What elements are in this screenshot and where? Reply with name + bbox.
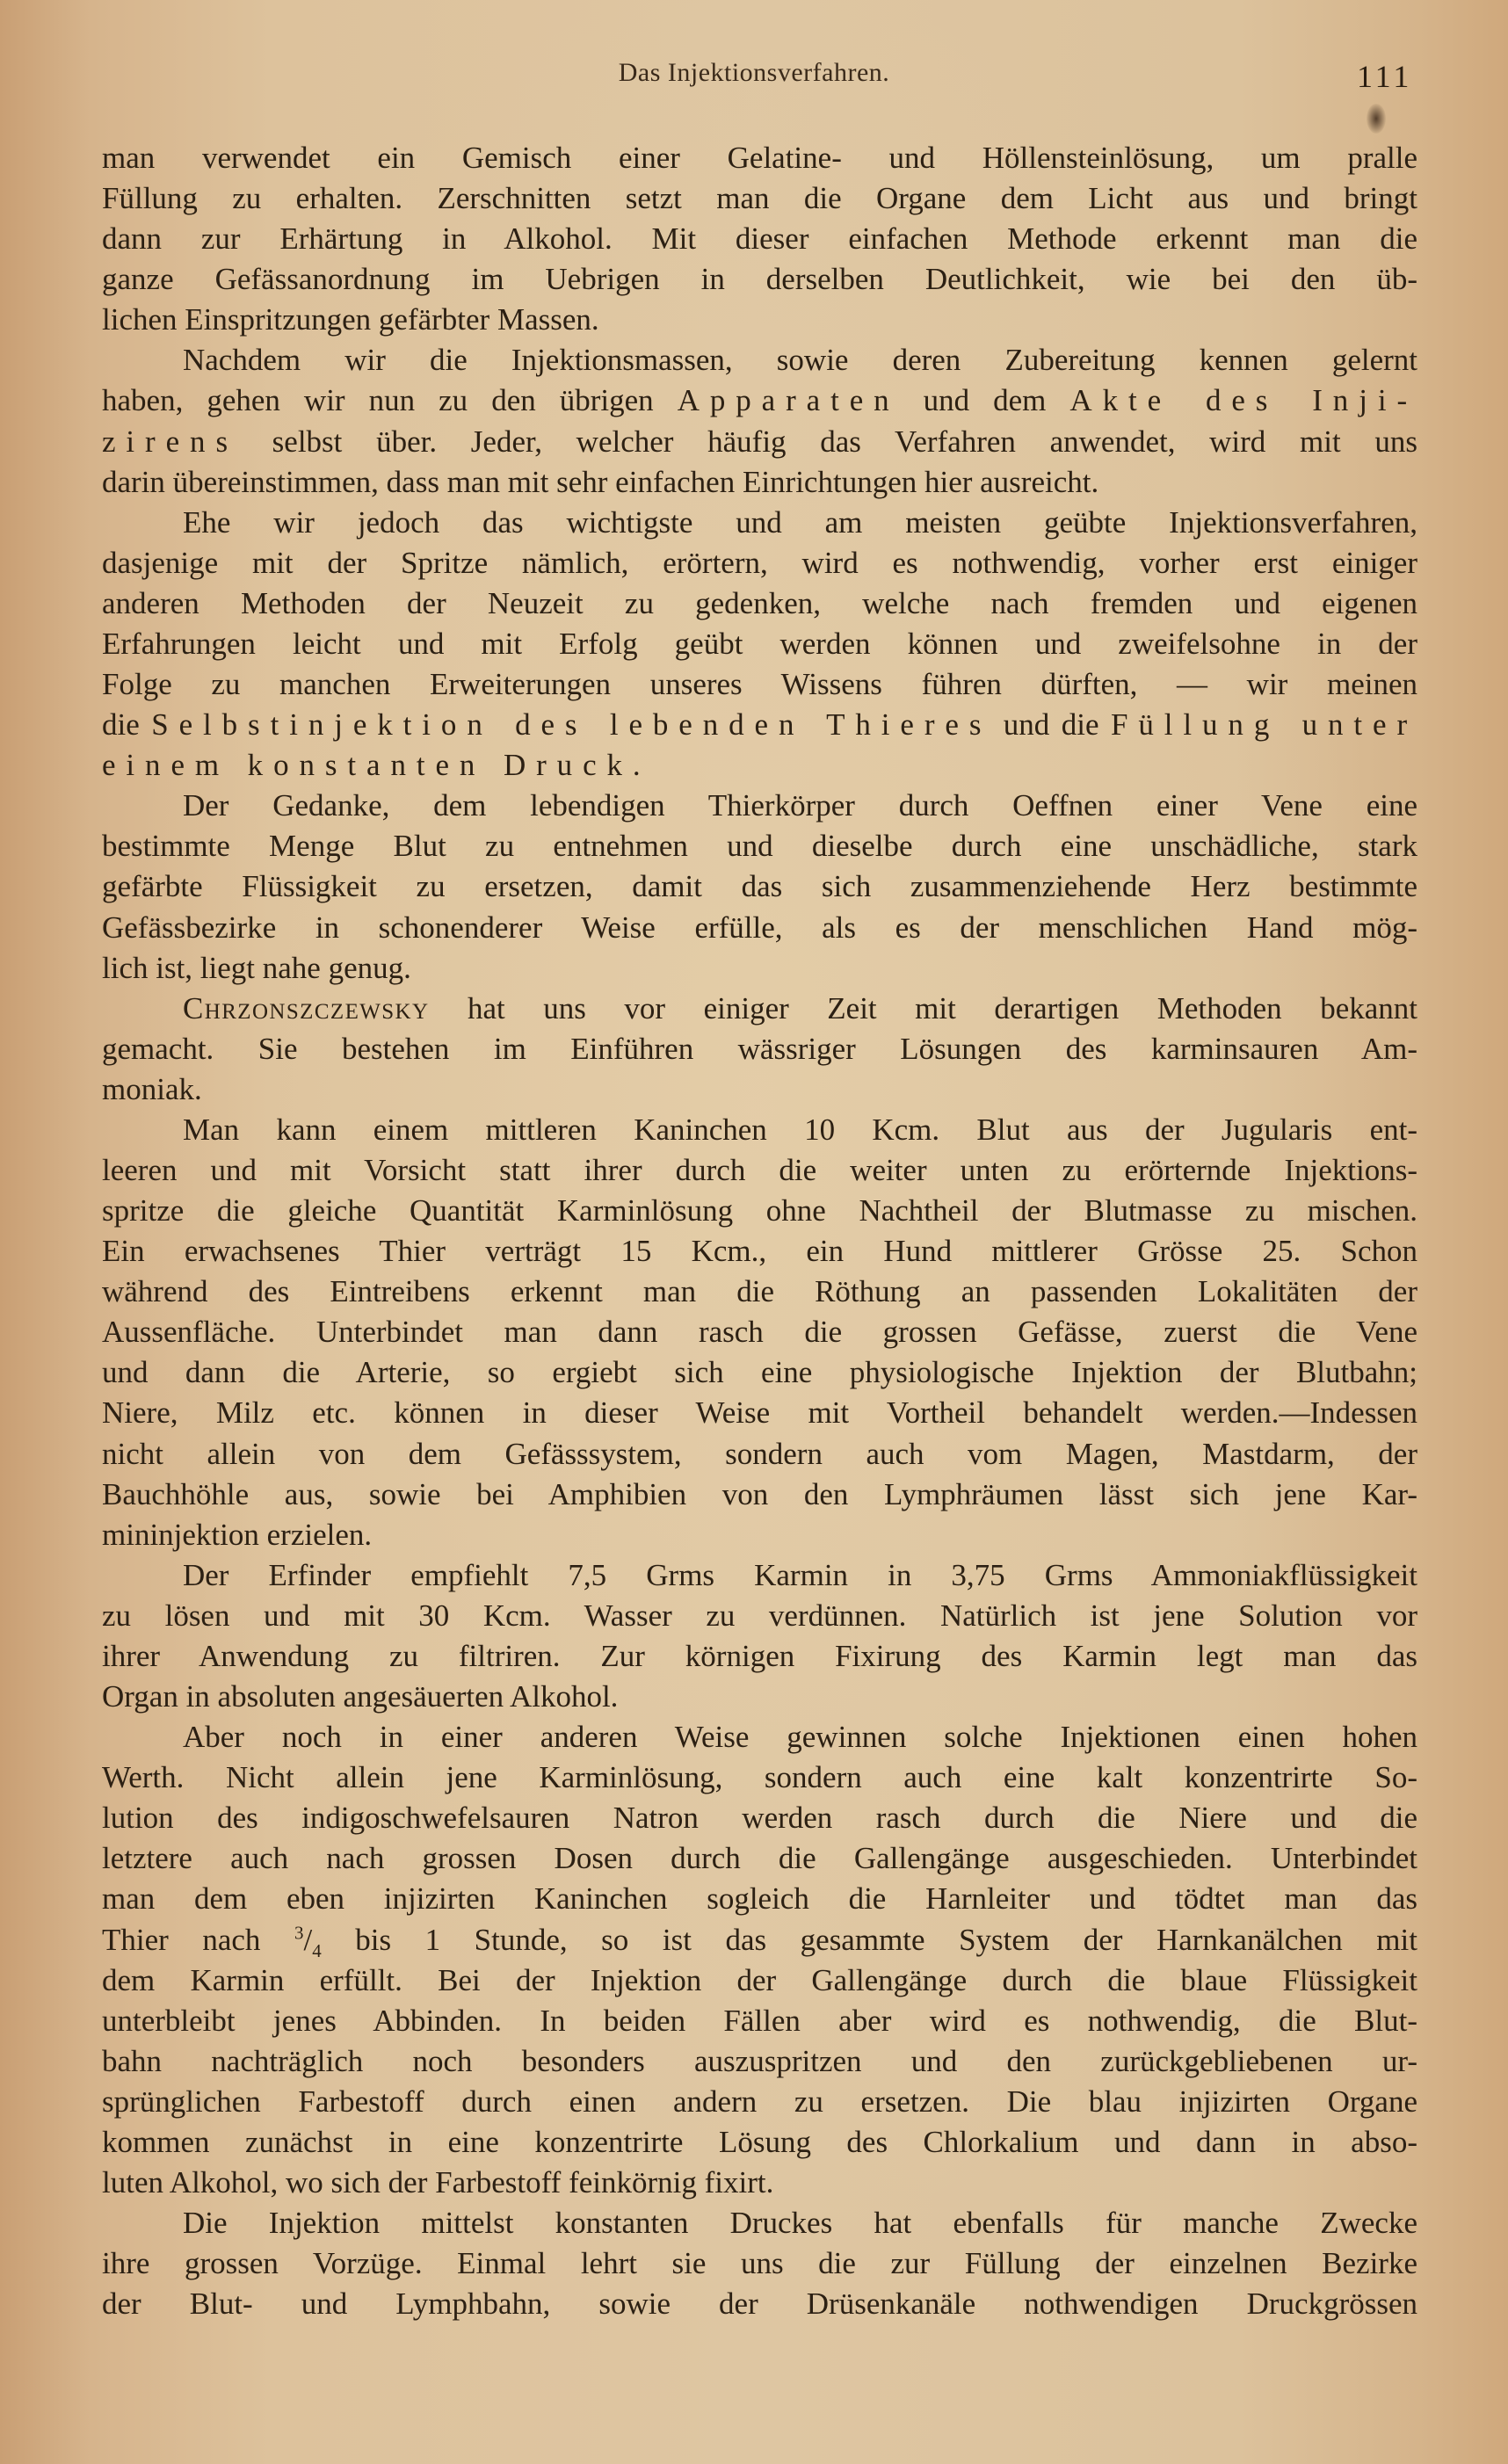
page-number: 111 bbox=[1357, 58, 1412, 95]
text-line: die Selbstinjektion des lebenden Thieres… bbox=[102, 707, 1417, 743]
text-run: nicht allein von dem Gefässsystem, sonde… bbox=[102, 1437, 1417, 1471]
text-run: dasjenige mit der Spritze nämlich, erört… bbox=[102, 546, 1417, 580]
text-line: zu lösen und mit 30 Kcm. Wasser zu verdü… bbox=[102, 1598, 1417, 1634]
text-line: Niere, Milz etc. können in dieser Weise … bbox=[102, 1395, 1417, 1431]
text-line: ihre grossen Vorzüge. Einmal lehrt sie u… bbox=[102, 2246, 1417, 2281]
text-run: luten Alkohol, wo sich der Farbestoff fe… bbox=[102, 2165, 773, 2199]
text-line: bahn nachträglich noch besonders auszusp… bbox=[102, 2044, 1417, 2079]
text-line: Aber noch in einer anderen Weise gewinne… bbox=[183, 1720, 1417, 1755]
text-line: moniak. bbox=[102, 1072, 1417, 1107]
text-run: Ehe wir jedoch das wichtigste und am mei… bbox=[183, 505, 1417, 540]
text-run: Thier nach bbox=[102, 1923, 294, 1957]
text-line: Erfahrungen leicht und mit Erfolg geübt … bbox=[102, 627, 1417, 662]
text-run: Nachdem wir die Injektionsmassen, sowie … bbox=[183, 343, 1417, 377]
text-run: und dem bbox=[900, 383, 1070, 417]
spaced-emphasis: einem konstanten Druck. bbox=[102, 748, 651, 782]
text-line: Die Injektion mittelst konstanten Drucke… bbox=[183, 2206, 1417, 2241]
text-line: Ein erwachsenes Thier verträgt 15 Kcm., … bbox=[102, 1234, 1417, 1269]
text-line: lichen Einspritzungen gefärbter Massen. bbox=[102, 302, 1417, 337]
text-run: ganze Gefässanordnung im Uebrigen in der… bbox=[102, 262, 1417, 296]
text-line: kommen zunächst in eine konzentrirte Lös… bbox=[102, 2125, 1417, 2160]
spaced-emphasis: Apparaten bbox=[678, 383, 900, 417]
text-run: Gefässbezirke in schonenderer Weise erfü… bbox=[102, 910, 1417, 945]
text-run: ihrer Anwendung zu filtriren. Zur körnig… bbox=[102, 1639, 1417, 1673]
fraction: 3/4 bbox=[294, 1923, 322, 1957]
spaced-emphasis: Akte des Inji- bbox=[1069, 383, 1417, 417]
text-run: Folge zu manchen Erweiterungen unseres W… bbox=[102, 667, 1417, 701]
text-run: Bauchhöhle aus, sowie bei Amphibien von … bbox=[102, 1477, 1417, 1511]
running-head: Das Injektionsverfahren. bbox=[0, 58, 1508, 88]
text-line: gefärbte Flüssigkeit zu ersetzen, damit … bbox=[102, 869, 1417, 904]
text-line: zirens selbst über. Jeder, welcher häufi… bbox=[102, 424, 1417, 460]
text-run: lich ist, liegt nahe genug. bbox=[102, 951, 411, 985]
text-line: einem konstanten Druck. bbox=[102, 748, 1417, 783]
text-run: haben, gehen wir nun zu den übrigen bbox=[102, 383, 678, 417]
text-run: Füllung zu erhalten. Zerschnitten setzt … bbox=[102, 181, 1417, 215]
text-line: man verwendet ein Gemisch einer Gelatine… bbox=[102, 141, 1417, 176]
text-line: während des Eintreibens erkennt man die … bbox=[102, 1274, 1417, 1309]
text-run: darin übereinstimmen, dass man mit sehr … bbox=[102, 465, 1098, 499]
text-line: und dann die Arterie, so ergiebt sich ei… bbox=[102, 1355, 1417, 1390]
text-run: während des Eintreibens erkennt man die … bbox=[102, 1274, 1417, 1308]
text-line: Der Erfinder empfiehlt 7,5 Grms Karmin i… bbox=[183, 1558, 1417, 1593]
text-line: bestimmte Menge Blut zu entnehmen und di… bbox=[102, 829, 1417, 864]
text-run: spritze die gleiche Quantität Karminlösu… bbox=[102, 1193, 1417, 1228]
text-line: Chrzonszczewsky hat uns vor einiger Zeit… bbox=[183, 991, 1417, 1026]
text-line: Bauchhöhle aus, sowie bei Amphibien von … bbox=[102, 1477, 1417, 1512]
text-run: hat uns vor einiger Zeit mit derartigen … bbox=[429, 991, 1417, 1025]
text-run: die bbox=[102, 707, 151, 742]
text-run: Der Gedanke, dem lebendigen Thierkörper … bbox=[183, 788, 1417, 823]
text-line: gemacht. Sie bestehen im Einführen wässr… bbox=[102, 1032, 1417, 1067]
text-line: luten Alkohol, wo sich der Farbestoff fe… bbox=[102, 2165, 1417, 2200]
text-run: gemacht. Sie bestehen im Einführen wässr… bbox=[102, 1032, 1417, 1066]
text-line: anderen Methoden der Neuzeit zu gedenken… bbox=[102, 586, 1417, 621]
text-run: Organ in absoluten angesäuerten Alkohol. bbox=[102, 1679, 618, 1714]
text-line: dem Karmin erfüllt. Bei der Injektion de… bbox=[102, 1963, 1417, 1998]
text-run: bahn nachträglich noch besonders auszusp… bbox=[102, 2044, 1417, 2078]
text-line: letztere auch nach grossen Dosen durch d… bbox=[102, 1841, 1417, 1876]
spaced-emphasis: zirens bbox=[102, 424, 238, 459]
text-run: lution des indigoschwefelsauren Natron w… bbox=[102, 1801, 1417, 1835]
text-line: Gefässbezirke in schonenderer Weise erfü… bbox=[102, 910, 1417, 946]
text-run: sprünglichen Farbestoff durch einen ande… bbox=[102, 2084, 1417, 2119]
text-line: Füllung zu erhalten. Zerschnitten setzt … bbox=[102, 181, 1417, 216]
text-run: letztere auch nach grossen Dosen durch d… bbox=[102, 1841, 1417, 1875]
text-line: Thier nach 3/4 bis 1 Stunde, so ist das … bbox=[102, 1923, 1417, 1958]
text-line: leeren und mit Vorsicht statt ihrer durc… bbox=[102, 1153, 1417, 1188]
text-run: man verwendet ein Gemisch einer Gelatine… bbox=[102, 141, 1417, 175]
text-line: Ehe wir jedoch das wichtigste und am mei… bbox=[183, 505, 1417, 540]
text-line: nicht allein von dem Gefässsystem, sonde… bbox=[102, 1437, 1417, 1472]
text-run: der Blut- und Lymphbahn, sowie der Drüse… bbox=[102, 2286, 1417, 2321]
text-run: Ein erwachsenes Thier verträgt 15 Kcm., … bbox=[102, 1234, 1417, 1268]
text-line: Folge zu manchen Erweiterungen unseres W… bbox=[102, 667, 1417, 702]
text-line: sprünglichen Farbestoff durch einen ande… bbox=[102, 2084, 1417, 2120]
text-line: Werth. Nicht allein jene Karminlösung, s… bbox=[102, 1760, 1417, 1795]
text-line: spritze die gleiche Quantität Karminlösu… bbox=[102, 1193, 1417, 1228]
text-line: ganze Gefässanordnung im Uebrigen in der… bbox=[102, 262, 1417, 297]
text-run: mininjektion erzielen. bbox=[102, 1518, 372, 1552]
text-run: selbst über. Jeder, welcher häufig das V… bbox=[238, 424, 1417, 459]
text-run: lichen Einspritzungen gefärbter Massen. bbox=[102, 302, 599, 337]
text-run: zu lösen und mit 30 Kcm. Wasser zu verdü… bbox=[102, 1598, 1417, 1633]
text-line: Der Gedanke, dem lebendigen Thierkörper … bbox=[183, 788, 1417, 823]
text-run: Man kann einem mittleren Kaninchen 10 Kc… bbox=[183, 1112, 1417, 1147]
text-line: Man kann einem mittleren Kaninchen 10 Kc… bbox=[183, 1112, 1417, 1148]
spaced-emphasis: Selbstinjektion des lebenden Thieres bbox=[151, 707, 991, 742]
text-line: lution des indigoschwefelsauren Natron w… bbox=[102, 1801, 1417, 1836]
text-line: haben, gehen wir nun zu den übrigen Appa… bbox=[102, 383, 1417, 418]
author-name: Chrzonszczewsky bbox=[183, 991, 429, 1025]
text-run: dem Karmin erfüllt. Bei der Injektion de… bbox=[102, 1963, 1417, 1997]
text-run: ihre grossen Vorzüge. Einmal lehrt sie u… bbox=[102, 2246, 1417, 2280]
spaced-emphasis: Füllung unter bbox=[1111, 707, 1417, 742]
text-line: dasjenige mit der Spritze nämlich, erört… bbox=[102, 546, 1417, 581]
text-line: dann zur Erhärtung in Alkohol. Mit diese… bbox=[102, 221, 1417, 257]
text-run: Die Injektion mittelst konstanten Drucke… bbox=[183, 2206, 1417, 2240]
text-run: Werth. Nicht allein jene Karminlösung, s… bbox=[102, 1760, 1417, 1794]
text-run: Aber noch in einer anderen Weise gewinne… bbox=[183, 1720, 1417, 1754]
text-run: moniak. bbox=[102, 1072, 202, 1106]
text-line: unterbleibt jenes Abbinden. In beiden Fä… bbox=[102, 2004, 1417, 2039]
text-line: man dem eben injizirten Kaninchen soglei… bbox=[102, 1881, 1417, 1917]
text-line: darin übereinstimmen, dass man mit sehr … bbox=[102, 465, 1417, 500]
text-run: Niere, Milz etc. können in dieser Weise … bbox=[102, 1395, 1417, 1430]
text-run: bestimmte Menge Blut zu entnehmen und di… bbox=[102, 829, 1417, 863]
text-line: mininjektion erzielen. bbox=[102, 1518, 1417, 1553]
text-run: Erfahrungen leicht und mit Erfolg geübt … bbox=[102, 627, 1417, 661]
text-run: dann zur Erhärtung in Alkohol. Mit diese… bbox=[102, 221, 1417, 256]
text-line: lich ist, liegt nahe genug. bbox=[102, 951, 1417, 986]
text-line: Organ in absoluten angesäuerten Alkohol. bbox=[102, 1679, 1417, 1714]
text-line: ihrer Anwendung zu filtriren. Zur körnig… bbox=[102, 1639, 1417, 1674]
text-line: der Blut- und Lymphbahn, sowie der Drüse… bbox=[102, 2286, 1417, 2322]
text-run: kommen zunächst in eine konzentrirte Lös… bbox=[102, 2125, 1417, 2159]
text-run: und dann die Arterie, so ergiebt sich ei… bbox=[102, 1355, 1417, 1389]
text-run: Aussenfläche. Unterbindet man dann rasch… bbox=[102, 1315, 1417, 1349]
text-line: Nachdem wir die Injektionsmassen, sowie … bbox=[183, 343, 1417, 378]
text-run: anderen Methoden der Neuzeit zu gedenken… bbox=[102, 586, 1417, 620]
text-run: und die bbox=[991, 707, 1111, 742]
text-run: unterbleibt jenes Abbinden. In beiden Fä… bbox=[102, 2004, 1417, 2038]
text-run: leeren und mit Vorsicht statt ihrer durc… bbox=[102, 1153, 1417, 1187]
text-line: Aussenfläche. Unterbindet man dann rasch… bbox=[102, 1315, 1417, 1350]
ink-stain bbox=[1367, 104, 1386, 134]
text-run: Der Erfinder empfiehlt 7,5 Grms Karmin i… bbox=[183, 1558, 1417, 1592]
text-run: man dem eben injizirten Kaninchen soglei… bbox=[102, 1881, 1417, 1916]
text-run: gefärbte Flüssigkeit zu ersetzen, damit … bbox=[102, 869, 1417, 903]
text-run: bis 1 Stunde, so ist das gesammte System… bbox=[322, 1923, 1417, 1957]
